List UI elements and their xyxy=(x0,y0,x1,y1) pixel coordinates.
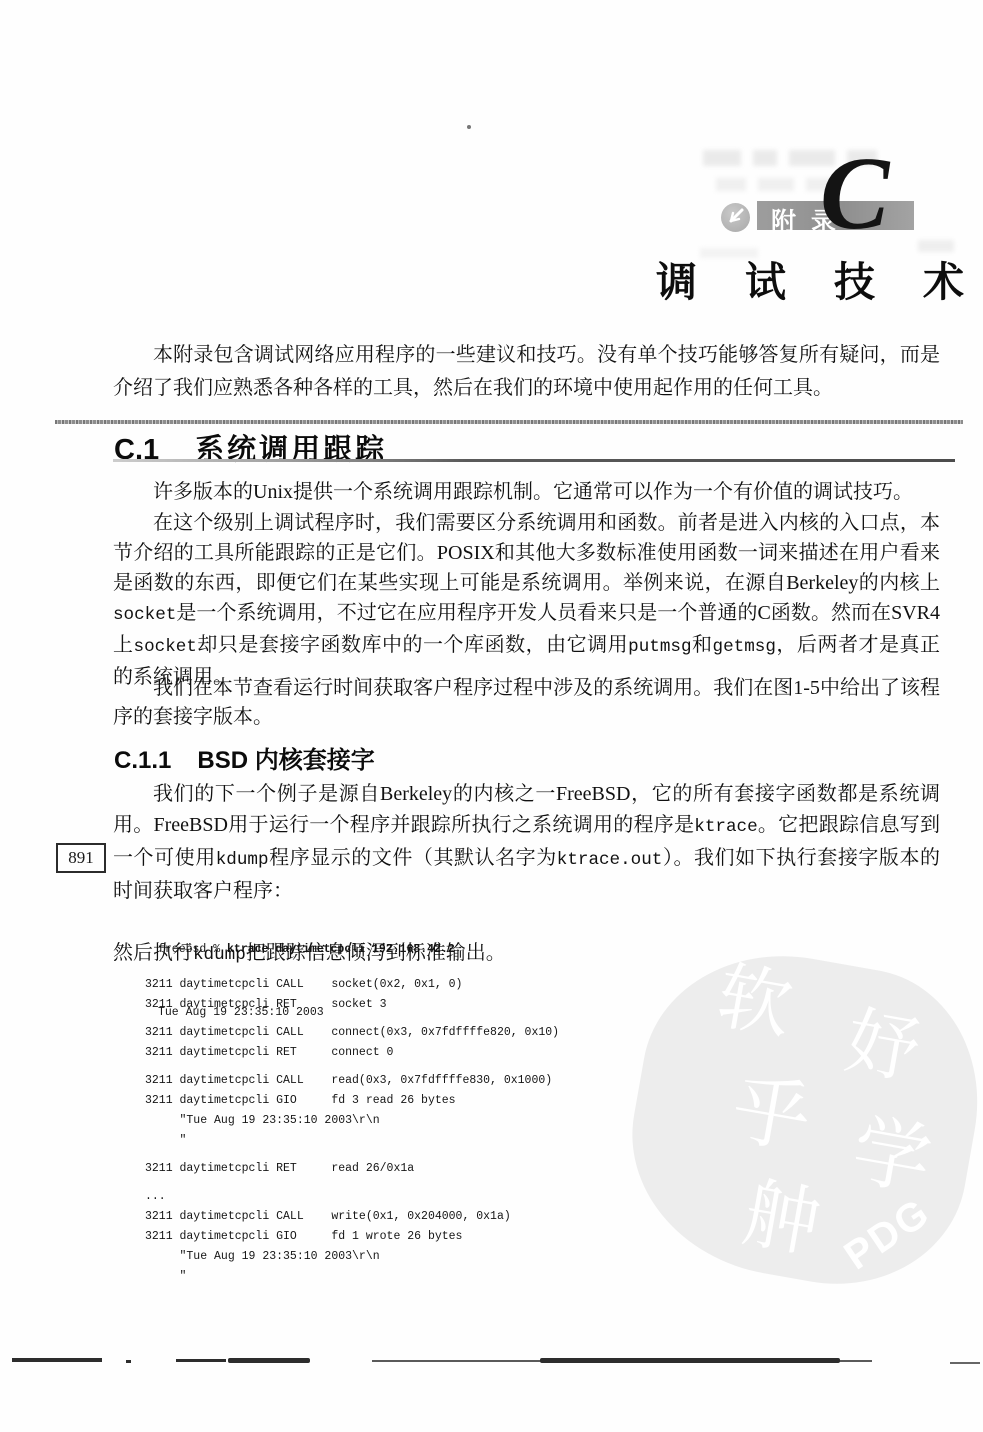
appendix-letter: C xyxy=(820,142,889,246)
c1-paragraph-1: 许多版本的Unix提供一个系统调用跟踪机制。它通常可以作为一个有价值的调试技巧。 xyxy=(113,477,940,508)
watermark-seal-char: 妤 xyxy=(840,1005,926,1091)
scan-speck xyxy=(467,125,471,129)
trace-group-read-ret: 3211 daytimetcpcli RET read 26/0x1a xyxy=(145,1159,559,1179)
book-page: 附录 C 调试技术 本附录包含调试网络应用程序的一些建议和技巧。没有单个技巧能够… xyxy=(0,0,983,1432)
pdg-watermark: 软 妤 乎 学 舯 PDG xyxy=(611,933,983,1305)
arrow-icon xyxy=(721,203,750,232)
c1-paragraph-2: 在这个级别上调试程序时，我们需要区分系统调用和函数。前者是进入内核的入口点，本节… xyxy=(113,508,940,692)
watermark-seal-char: 乎 xyxy=(726,1070,816,1160)
trace-group-socket: 3211 daytimetcpcli CALL socket(0x2, 0x1,… xyxy=(145,975,559,1015)
watermark-seal-char: 学 xyxy=(847,1111,937,1201)
watermark-seal-char: 软 xyxy=(712,960,798,1046)
section-divider-dotted xyxy=(55,420,963,424)
trace-group-connect: 3211 daytimetcpcli CALL connect(0x3, 0x7… xyxy=(145,1023,559,1063)
section-c11-title: BSD 内核套接字 xyxy=(197,747,374,774)
c1-paragraph-3: 我们在本节查看运行时间获取客户程序过程中涉及的系统调用。我们在图1-5中给出了该… xyxy=(113,674,940,732)
scan-line-artifact xyxy=(126,1360,131,1363)
scan-line-artifact xyxy=(540,1358,840,1363)
bleed-through-text xyxy=(716,178,832,191)
margin-page-number-value: 891 xyxy=(68,848,94,868)
trace-group-write: ... 3211 daytimetcpcli CALL write(0x1, 0… xyxy=(145,1187,559,1287)
c11-paragraph-1: 我们的下一个例子是源自Berkeley的内核之一FreeBSD，它的所有套接字函… xyxy=(113,779,940,907)
section-rule xyxy=(113,459,955,462)
kdump-trace-output: 3211 daytimetcpcli CALL socket(0x2, 0x1,… xyxy=(145,975,559,1295)
scan-line-artifact xyxy=(12,1358,102,1362)
page-title: 调试技术 xyxy=(656,249,983,308)
scan-line-artifact xyxy=(176,1359,226,1362)
margin-page-number: 891 xyxy=(56,843,106,873)
scan-line-artifact xyxy=(228,1358,310,1363)
section-c11-number: C.1.1 xyxy=(114,747,171,774)
watermark-seal-char: 舯 xyxy=(738,1176,826,1264)
trace-group-read: 3211 daytimetcpcli CALL read(0x3, 0x7fdf… xyxy=(145,1071,559,1151)
intro-paragraph: 本附录包含调试网络应用程序的一些建议和技巧。没有单个技巧能够答复所有疑问，而是介… xyxy=(113,339,940,405)
section-c11-heading: C.1.1BSD 内核套接字 xyxy=(114,740,375,775)
scan-line-artifact xyxy=(950,1362,980,1364)
watermark-pdg-letters: PDG xyxy=(837,1190,939,1279)
